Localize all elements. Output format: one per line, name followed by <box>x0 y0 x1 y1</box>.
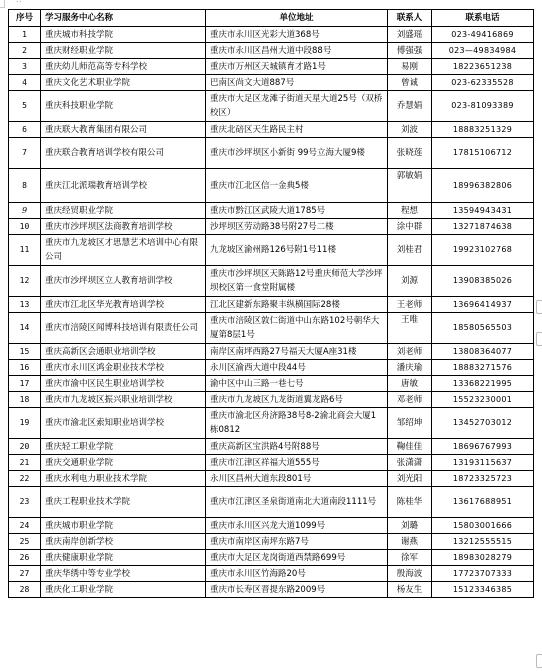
center-name: 重庆交通职业学院 <box>41 455 206 471</box>
row-index: 5 <box>9 91 41 122</box>
contact-person: 鞠佳佳 <box>388 439 432 455</box>
center-name: 重庆联合教育培训学校有限公司 <box>41 138 206 169</box>
header-index: 序号 <box>9 10 41 27</box>
address: 永川区昌州大道东段801号 <box>206 471 388 487</box>
contact-person: 易刚 <box>388 59 432 75</box>
center-name: 重庆市涪陵区闻博科技培训有限责任公司 <box>41 313 206 344</box>
phone-number: 18580565503 <box>432 313 534 344</box>
address: 重庆市永川区光彩大道368号 <box>206 27 388 43</box>
contact-person: 程想 <box>388 203 432 219</box>
table-row: 25重庆南岸创新学校重庆市南岸区南坪东路7号谢燕13212555515 <box>9 534 534 550</box>
table-row: 22重庆水利电力职业技术学院永川区昌州大道东段801号刘光阳1872332572… <box>9 471 534 487</box>
row-index: 27 <box>9 566 41 582</box>
table-row: 10重庆市沙坪坝区法商教育培训学校沙坪坝区劳动路38号附27号二楼涂中群1327… <box>9 219 534 235</box>
table-row: 4重庆文化艺术职业学院巴南区尚文大道887号曾诚023-62335528 <box>9 75 534 91</box>
phone-number: 13193115637 <box>432 455 534 471</box>
phone-number: 18696767993 <box>432 439 534 455</box>
address: 重庆市江津区祥福大道555号 <box>206 455 388 471</box>
table-row: 26重庆健康职业学院重庆市大足区龙岗街道西禁路699号徐军18983028279 <box>9 550 534 566</box>
phone-number: 18223651238 <box>432 59 534 75</box>
table-row: 7重庆联合教育培训学校有限公司重庆市沙坪坝区小新街 99号立海大厦9楼张晓莲17… <box>9 138 534 169</box>
address: 永川区渝西大道中段44号 <box>206 360 388 376</box>
row-index: 2 <box>9 43 41 59</box>
address: 重庆市大足区龙滩子街道天星大道25号（双桥校区） <box>206 91 388 122</box>
address: 重庆市九龙坡区九龙街道翼龙路6号 <box>206 392 388 408</box>
contact-person: 王老师 <box>388 297 432 313</box>
center-name: 重庆市永川区鸿金职业技术学校 <box>41 360 206 376</box>
phone-number: 13808364077 <box>432 344 534 360</box>
center-name: 重庆城市科技学院 <box>41 27 206 43</box>
table-row: 5重庆科技职业学院重庆市大足区龙滩子街道天星大道25号（双桥校区）乔慧娟023-… <box>9 91 534 122</box>
contact-person: 邹绍坤 <box>388 408 432 439</box>
phone-number: 15123346385 <box>432 582 534 598</box>
contact-person: 徐军 <box>388 550 432 566</box>
row-index: 22 <box>9 471 41 487</box>
address: 重庆高新区宝洪路4号附88号 <box>206 439 388 455</box>
phone-number: 13617688951 <box>432 487 534 518</box>
center-name: 重庆联大教育集团有限公司 <box>41 122 206 138</box>
center-name: 重庆科技职业学院 <box>41 91 206 122</box>
table-header-row: 序号 学习服务中心名称 单位地址 联系人 联系电话 <box>9 10 534 27</box>
address: 重庆市江津区圣泉街道南北大道南段1111号 <box>206 487 388 518</box>
table-row: 3重庆幼儿师范高等专科学校重庆市万州区天城镇育才路1号易刚18223651238 <box>9 59 534 75</box>
center-name: 重庆水利电力职业技术学院 <box>41 471 206 487</box>
address: 重庆市万州区天城镇育才路1号 <box>206 59 388 75</box>
table-row: 21重庆交通职业学院重庆市江津区祥福大道555号张潇潇13193115637 <box>9 455 534 471</box>
center-name: 重庆江北派瑞教育培训学校 <box>41 169 206 203</box>
table-row: 27重庆华绣中等专业学校重庆市永川区竹海路20号殷海波17723707333 <box>9 566 534 582</box>
page-edge-marker <box>536 654 542 668</box>
center-name: 重庆华绣中等专业学校 <box>41 566 206 582</box>
contact-person: 郭敏娟 <box>388 169 432 203</box>
phone-number: 15523230001 <box>432 392 534 408</box>
center-name: 重庆工程职业技术学院 <box>41 487 206 518</box>
phone-number: 13908385026 <box>432 266 534 297</box>
center-name: 重庆经贸职业学院 <box>41 203 206 219</box>
row-index: 9 <box>9 203 41 219</box>
center-name: 重庆市九龙坡区振兴职业培训学校 <box>41 392 206 408</box>
contact-person: 谢燕 <box>388 534 432 550</box>
phone-number: 17723707333 <box>432 566 534 582</box>
center-name: 重庆健康职业学院 <box>41 550 206 566</box>
table-row: 11重庆市九龙坡区才思慧艺术培训中心有限公司九龙坡区渝州路126号附1号11楼刘… <box>9 235 534 266</box>
contact-person: 涂中群 <box>388 219 432 235</box>
address: 沙坪坝区劳动路38号附27号二楼 <box>206 219 388 235</box>
address: 南岸区南坪西路27号福天大厦A座31楼 <box>206 344 388 360</box>
center-name: 重庆财经职业学院 <box>41 43 206 59</box>
row-index: 11 <box>9 235 41 266</box>
phone-number: 18883271576 <box>432 360 534 376</box>
table-row: 13重庆市江北区华光教育培训学校江北区建新东路聚丰纵横国际28楼王老师13696… <box>9 297 534 313</box>
address: 重庆市渝北区舟济路38号8-2渝北商会大厦1栋0812 <box>206 408 388 439</box>
center-name: 重庆高新区会通职业培训学校 <box>41 344 206 360</box>
row-index: 20 <box>9 439 41 455</box>
table-row: 18重庆市九龙坡区振兴职业培训学校重庆市九龙坡区九龙街道翼龙路6号邓老师1552… <box>9 392 534 408</box>
center-name: 重庆化工职业学院 <box>41 582 206 598</box>
phone-number: 13212555515 <box>432 534 534 550</box>
row-index: 18 <box>9 392 41 408</box>
center-name: 重庆南岸创新学校 <box>41 534 206 550</box>
table-row: 12重庆市沙坪坝区立人教育培训学校重庆市沙坪坝区天陈路12号重庆师范大学沙坪坝校… <box>9 266 534 297</box>
center-name: 重庆幼儿师范高等专科学校 <box>41 59 206 75</box>
center-name: 重庆市沙坪坝区立人教育培训学校 <box>41 266 206 297</box>
address: 重庆市永川区竹海路20号 <box>206 566 388 582</box>
row-index: 19 <box>9 408 41 439</box>
phone-number: 023—49834984 <box>432 43 534 59</box>
row-index: 8 <box>9 169 41 203</box>
phone-number: 15803001666 <box>432 518 534 534</box>
row-index: 21 <box>9 455 41 471</box>
learning-center-table: 序号 学习服务中心名称 单位地址 联系人 联系电话 1重庆城市科技学院重庆市永川… <box>8 9 534 598</box>
contact-person: 刘波 <box>388 122 432 138</box>
contact-person: 曾诚 <box>388 75 432 91</box>
contact-person: 杨友生 <box>388 582 432 598</box>
address: 巴南区尚文大道887号 <box>206 75 388 91</box>
row-index: 16 <box>9 360 41 376</box>
table-row: 1重庆城市科技学院重庆市永川区光彩大道368号刘盛瑶023-49416869 <box>9 27 534 43</box>
address: 重庆市沙坪坝区天陈路12号重庆师范大学沙坪坝校区第一食堂附属楼 <box>206 266 388 297</box>
center-name: 重庆市江北区华光教育培训学校 <box>41 297 206 313</box>
phone-number: 13594943431 <box>432 203 534 219</box>
table-row: 6重庆联大教育集团有限公司重庆北碚区天生路民主村刘波18883251329 <box>9 122 534 138</box>
address: 重庆市永川区兴龙大道1099号 <box>206 518 388 534</box>
contact-person: 刘源 <box>388 266 432 297</box>
row-index: 28 <box>9 582 41 598</box>
phone-number: 18996382806 <box>432 169 534 203</box>
phone-number: 023-49416869 <box>432 27 534 43</box>
header-contact: 联系人 <box>388 10 432 27</box>
page-edge-marker <box>536 332 542 346</box>
header-phone: 联系电话 <box>432 10 534 27</box>
table-row: 14重庆市涪陵区闻博科技培训有限责任公司重庆市涪陵区敦仁街道中山东路102号朝华… <box>9 313 534 344</box>
table-row: 20重庆轻工职业学院重庆高新区宝洪路4号附88号鞠佳佳18696767993 <box>9 439 534 455</box>
page-corner-mark <box>0 0 5 8</box>
contact-person: 刘盛瑶 <box>388 27 432 43</box>
address: 重庆市长寿区晋提东路2009号 <box>206 582 388 598</box>
address: 重庆市涪陵区敦仁街道中山东路102号朝华大厦第8层1号 <box>206 313 388 344</box>
table-row: 19重庆市渝北区索知职业培训学校重庆市渝北区舟济路38号8-2渝北商会大厦1栋0… <box>9 408 534 439</box>
row-index: 7 <box>9 138 41 169</box>
table-row: 28重庆化工职业学院重庆市长寿区晋提东路2009号杨友生15123346385 <box>9 582 534 598</box>
table-row: 9重庆经贸职业学院重庆市黔江区武陵大道1785号程想13594943431 <box>9 203 534 219</box>
phone-number: 13368221995 <box>432 376 534 392</box>
center-name: 重庆轻工职业学院 <box>41 439 206 455</box>
table-row: 15重庆高新区会通职业培训学校南岸区南坪西路27号福天大厦A座31楼刘老师138… <box>9 344 534 360</box>
center-name: 重庆市九龙坡区才思慧艺术培训中心有限公司 <box>41 235 206 266</box>
center-name: 重庆市渝中区民生职业培训学校 <box>41 376 206 392</box>
contact-person: 刘老师 <box>388 344 432 360</box>
row-index: 24 <box>9 518 41 534</box>
row-index: 1 <box>9 27 41 43</box>
contact-person: 张潇潇 <box>388 455 432 471</box>
contact-person: 王唯 <box>388 313 432 344</box>
phone-number: 13271874638 <box>432 219 534 235</box>
table-body: 1重庆城市科技学院重庆市永川区光彩大道368号刘盛瑶023-494168692重… <box>9 27 534 598</box>
row-index: 26 <box>9 550 41 566</box>
address: 重庆市沙坪坝区小新街 99号立海大厦9楼 <box>206 138 388 169</box>
row-index: 25 <box>9 534 41 550</box>
row-index: 17 <box>9 376 41 392</box>
table-row: 8重庆江北派瑞教育培训学校重庆市江北区信一金典5楼郭敏娟18996382806 <box>9 169 534 203</box>
address: 重庆市江北区信一金典5楼 <box>206 169 388 203</box>
contact-person: 刘桂君 <box>388 235 432 266</box>
decorative-dots: ·· <box>16 0 22 6</box>
address: 重庆市大足区龙岗街道西禁路699号 <box>206 550 388 566</box>
address: 重庆市黔江区武陵大道1785号 <box>206 203 388 219</box>
address: 江北区建新东路聚丰纵横国际28楼 <box>206 297 388 313</box>
address: 重庆市南岸区南坪东路7号 <box>206 534 388 550</box>
phone-number: 023-62335528 <box>432 75 534 91</box>
contact-person: 邓老师 <box>388 392 432 408</box>
center-name: 重庆文化艺术职业学院 <box>41 75 206 91</box>
row-index: 3 <box>9 59 41 75</box>
row-index: 15 <box>9 344 41 360</box>
contact-person: 殷海波 <box>388 566 432 582</box>
header-address: 单位地址 <box>206 10 388 27</box>
address: 重庆北碚区天生路民主村 <box>206 122 388 138</box>
contact-person: 刘光阳 <box>388 471 432 487</box>
page-edge-marker <box>536 300 542 314</box>
contact-person: 张晓莲 <box>388 138 432 169</box>
center-name: 重庆城市职业学院 <box>41 518 206 534</box>
phone-number: 19923102768 <box>432 235 534 266</box>
phone-number: 18723325723 <box>432 471 534 487</box>
table-row: 23重庆工程职业技术学院重庆市江津区圣泉街道南北大道南段1111号陈桂华1361… <box>9 487 534 518</box>
row-index: 13 <box>9 297 41 313</box>
row-index: 10 <box>9 219 41 235</box>
row-index: 6 <box>9 122 41 138</box>
contact-person: 陈桂华 <box>388 487 432 518</box>
phone-number: 13452703012 <box>432 408 534 439</box>
phone-number: 18983028279 <box>432 550 534 566</box>
contact-person: 乔慧娟 <box>388 91 432 122</box>
contact-person: 傅强强 <box>388 43 432 59</box>
table-row: 24重庆城市职业学院重庆市永川区兴龙大道1099号刘璐15803001666 <box>9 518 534 534</box>
phone-number: 13696414937 <box>432 297 534 313</box>
contact-person: 潘庆瑜 <box>388 360 432 376</box>
contact-person: 唐敏 <box>388 376 432 392</box>
header-name: 学习服务中心名称 <box>41 10 206 27</box>
row-index: 4 <box>9 75 41 91</box>
phone-number: 023-81093389 <box>432 91 534 122</box>
address: 九龙坡区渝州路126号附1号11楼 <box>206 235 388 266</box>
center-name: 重庆市渝北区索知职业培训学校 <box>41 408 206 439</box>
address: 重庆市永川区昌州大道中段88号 <box>206 43 388 59</box>
table-row: 2重庆财经职业学院重庆市永川区昌州大道中段88号傅强强023—49834984 <box>9 43 534 59</box>
address: 渝中区中山三路一巷七号 <box>206 376 388 392</box>
row-index: 23 <box>9 487 41 518</box>
phone-number: 17815106712 <box>432 138 534 169</box>
table-row: 17重庆市渝中区民生职业培训学校渝中区中山三路一巷七号唐敏13368221995 <box>9 376 534 392</box>
row-index: 12 <box>9 266 41 297</box>
center-name: 重庆市沙坪坝区法商教育培训学校 <box>41 219 206 235</box>
contact-person: 刘璐 <box>388 518 432 534</box>
phone-number: 18883251329 <box>432 122 534 138</box>
table-row: 16重庆市永川区鸿金职业技术学校永川区渝西大道中段44号潘庆瑜188832715… <box>9 360 534 376</box>
row-index: 14 <box>9 313 41 344</box>
